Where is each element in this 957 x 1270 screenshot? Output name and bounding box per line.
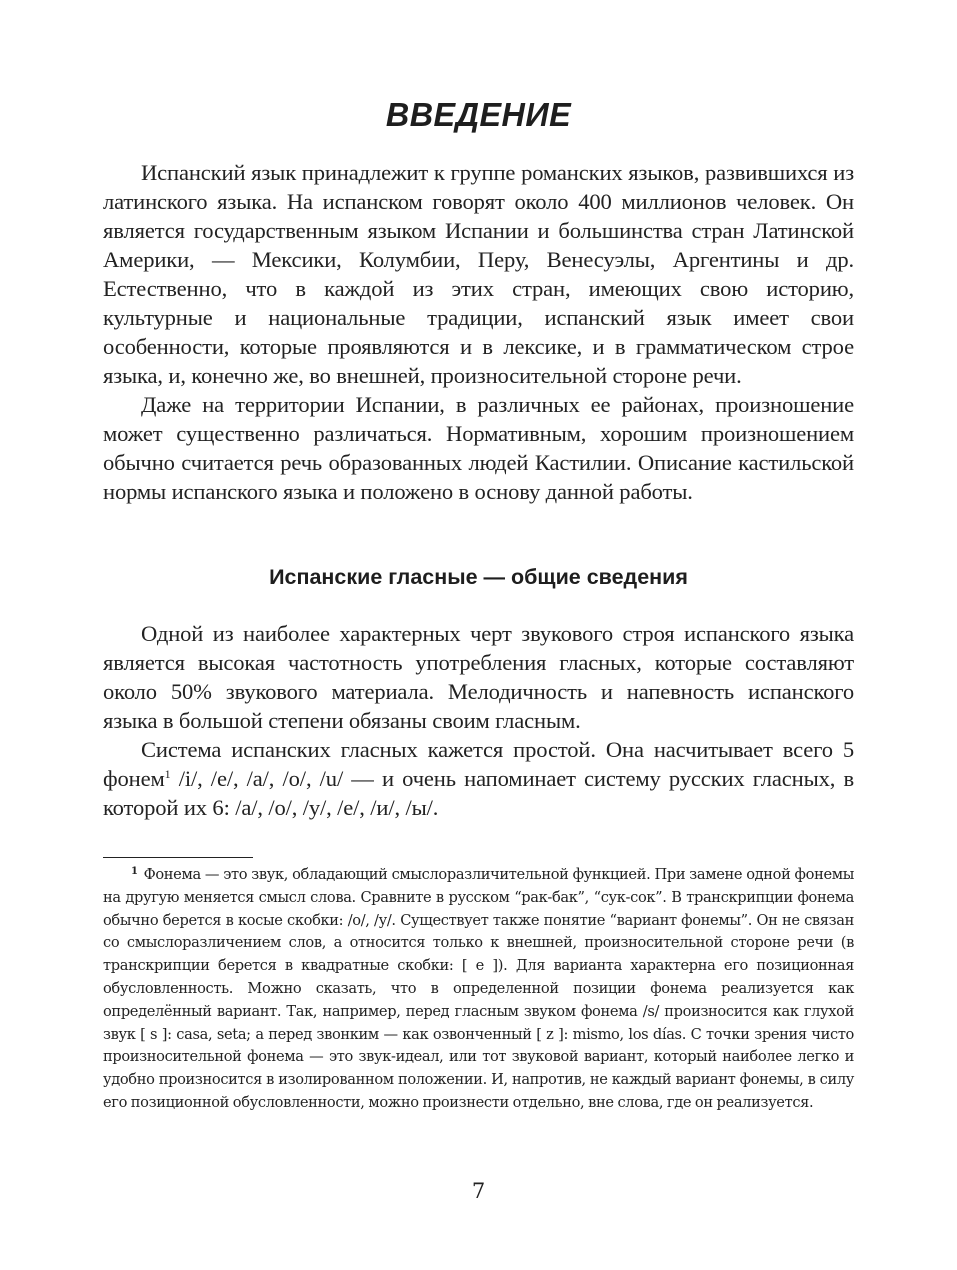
intro-paragraph-1: Испанский язык принадлежит к группе рома… [103,158,854,390]
footnote-divider [103,857,253,858]
section-text: Одной из наиболее характерных черт звуко… [103,619,854,822]
section-title: Испанские гласные — общие сведения [103,565,854,590]
paragraph-text-after-ref: /i/, /e/, /a/, /o/, /u/ — и очень напоми… [103,766,854,820]
chapter-title: ВВЕДЕНИЕ [111,96,847,134]
section-paragraph-2: Система испанских гласных кажется просто… [103,735,854,822]
footnote-marker: 1 [131,866,138,877]
footnote-text: Фонема — это звук, обладающий смыслоразл… [103,866,854,1111]
section-paragraph-1: Одной из наиболее характерных черт звуко… [103,619,854,735]
page-number: 7 [103,1179,854,1203]
intro-text: Испанский язык принадлежит к группе рома… [103,158,854,506]
footnote: 1Фонема — это звук, обладающий смыслораз… [103,861,854,1115]
intro-paragraph-2: Даже на территории Испании, в различных … [103,390,854,506]
footnote-paragraph: 1Фонема — это звук, обладающий смыслораз… [103,861,854,1115]
